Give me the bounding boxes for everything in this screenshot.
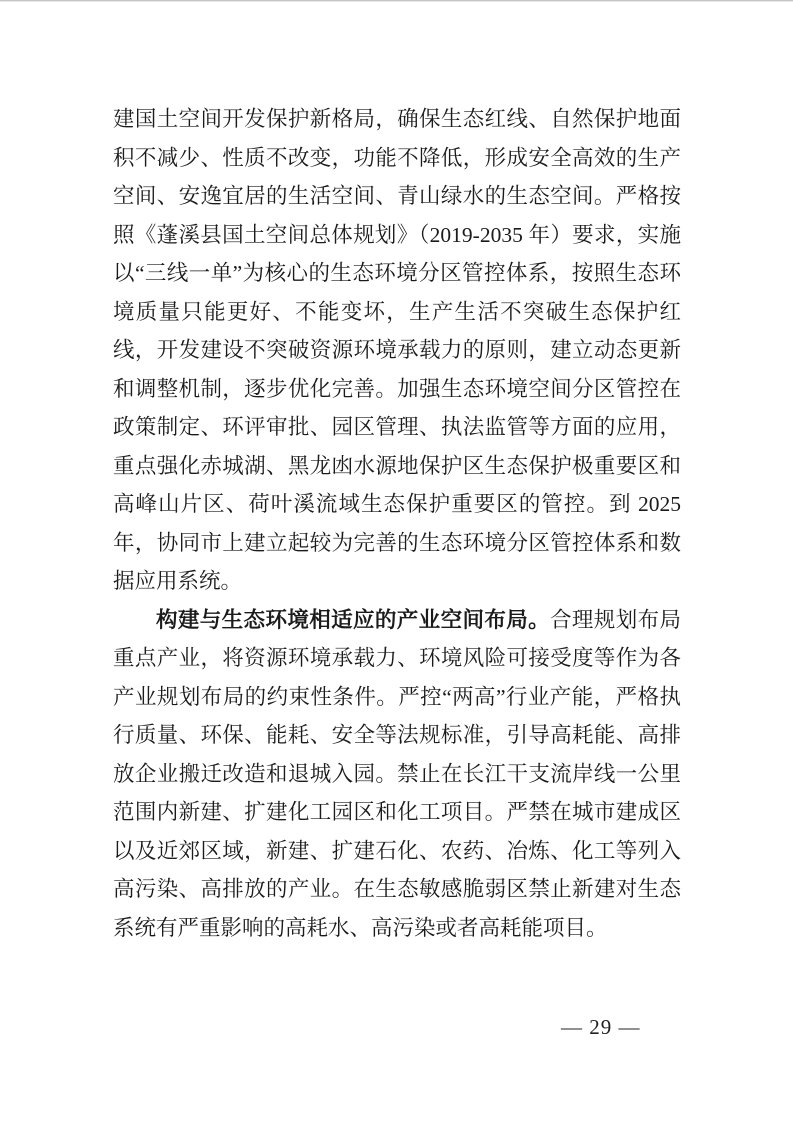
paragraph-text: 合理规划布局重点产业，将资源环境承载力、环境风险可接受度等作为各产业规划布局的约…	[113, 608, 681, 940]
paragraph-industry-layout: 构建与生态环境相适应的产业空间布局。合理规划布局重点产业，将资源环境承载力、环境…	[113, 601, 681, 948]
paragraph-continuation: 建国土空间开发保护新格局，确保生态红线、自然保护地面积不减少、性质不改变，功能不…	[113, 100, 681, 601]
document-page: 建国土空间开发保护新格局，确保生态红线、自然保护地面积不减少、性质不改变，功能不…	[0, 0, 793, 1122]
paragraph-text: 建国土空间开发保护新格局，确保生态红线、自然保护地面积不减少、性质不改变，功能不…	[113, 107, 681, 593]
page-number: — 29 —	[561, 1013, 641, 1041]
scan-edge-artifact	[0, 0, 793, 2]
paragraph-bold-lead: 构建与生态环境相适应的产业空间布局。	[156, 608, 550, 632]
document-body: 建国土空间开发保护新格局，确保生态红线、自然保护地面积不减少、性质不改变，功能不…	[113, 100, 681, 947]
